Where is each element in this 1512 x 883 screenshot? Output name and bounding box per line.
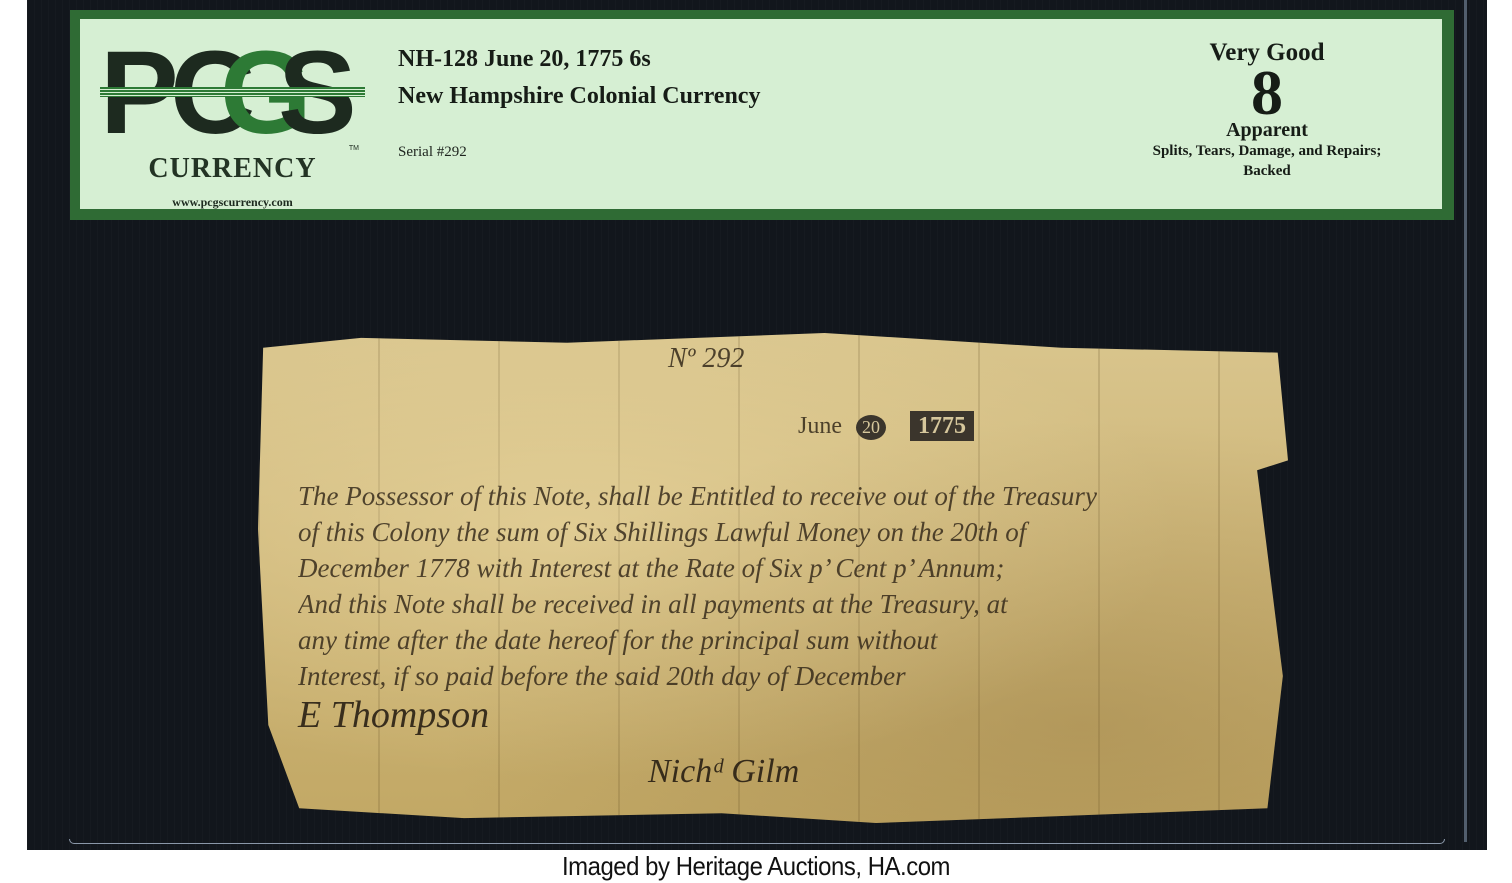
note-text-line: December 1778 with Interest at the Rate … (298, 550, 1258, 586)
grade-block: Very Good 8 Apparent Splits, Tears, Dama… (1102, 39, 1432, 181)
signature-thompson: E Thompson (298, 693, 489, 737)
label-panel: P C G S TM CURRENCY www.pcgscurrency.com… (80, 19, 1442, 209)
note-date-year: 1775 (910, 411, 974, 441)
grade-number: 8 (1102, 67, 1432, 119)
note-text-line: Interest, if so paid before the said 20t… (298, 658, 1258, 694)
note-text-line: any time after the date hereof for the p… (298, 622, 1258, 658)
slab-side-edge (1464, 0, 1467, 842)
note-catalog-title: NH-128 June 20, 1775 6s (398, 46, 651, 73)
pcgs-currency-logo: P C G S TM CURRENCY www.pcgscurrency.com (100, 39, 365, 210)
grade-details-backed: Backed (1102, 161, 1432, 181)
note-body-text: The Possessor of this Note, shall be Ent… (298, 478, 1258, 694)
grade-details: Splits, Tears, Damage, and Repairs; (1102, 141, 1432, 161)
grade-qualifier: Apparent (1102, 119, 1432, 141)
grading-label: P C G S TM CURRENCY www.pcgscurrency.com… (70, 10, 1454, 220)
image-credit-caption: Imaged by Heritage Auctions, HA.com (60, 851, 1451, 882)
note-date: June 20 1775 (798, 413, 974, 440)
colonial-banknote: Nº 292 June 20 1775 The Possessor of thi… (258, 333, 1288, 823)
note-text-line: of this Colony the sum of Six Shillings … (298, 514, 1258, 550)
signature-gilman: Nichᵈ Gilm (648, 753, 799, 791)
note-description: New Hampshire Colonial Currency (398, 83, 760, 110)
logo-stripe (100, 87, 365, 97)
note-date-day: 20 (856, 415, 886, 440)
trademark-mark: TM (349, 145, 359, 152)
note-text-line: The Possessor of this Note, shall be Ent… (298, 478, 1258, 514)
pcgs-logo-mark: P C G S (100, 39, 365, 147)
note-serial: Nº 292 (668, 343, 744, 375)
logo-url: www.pcgscurrency.com (100, 195, 365, 210)
slab-edge (69, 839, 1445, 844)
note-text-line: And this Note shall be received in all p… (298, 586, 1258, 622)
serial-number: Serial #292 (398, 144, 467, 161)
note-date-month: June (798, 413, 842, 439)
